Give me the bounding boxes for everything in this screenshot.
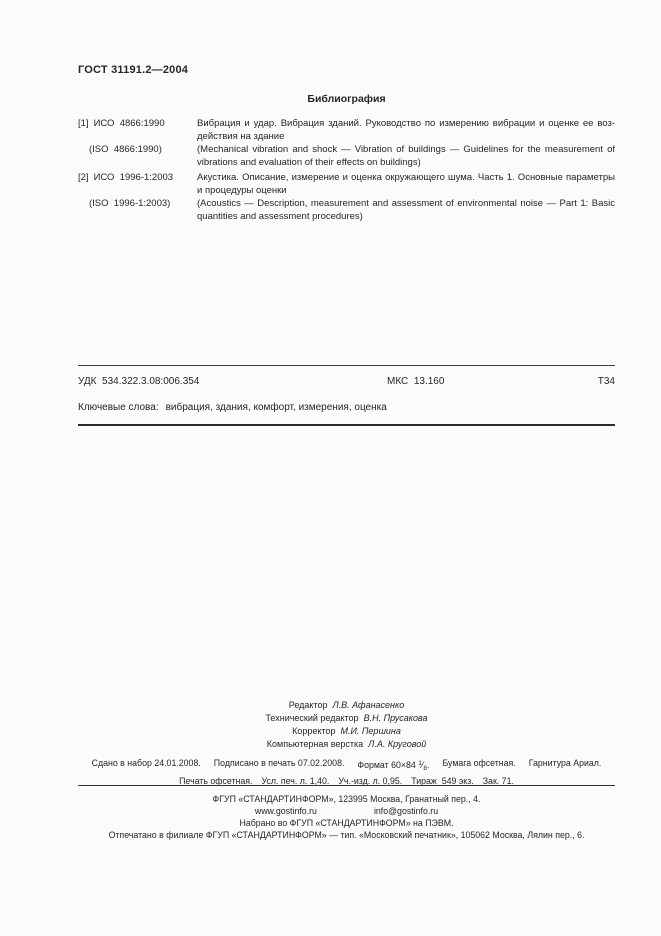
keywords-list: вибрация, здания, комфорт, измерения, оц…: [166, 402, 387, 413]
mks-code: МКС 13.160: [387, 376, 444, 387]
bib-description-ru: Акустика. Описание, измерение и оценка о…: [197, 171, 615, 197]
bibliography-list: [1]ИСО 4866:1990 Вибрация и удар. Вибрац…: [78, 117, 615, 225]
publisher-address: ФГУП «СТАНДАРТИНФОРМ», 123995 Москва, Гр…: [78, 793, 615, 805]
bib-ref-code-ru: ИСО 4866:1990: [94, 118, 165, 129]
editor-role: Компьютерная верстка: [267, 739, 363, 749]
imprint-format: Формат 60×84 1⁄8.: [357, 757, 429, 775]
imprint-typeface: Гарнитура Ариал.: [529, 757, 602, 775]
publisher-typeset-note: Набрано во ФГУП «СТАНДАРТИНФОРМ» на ПЭВМ…: [78, 817, 615, 829]
editors-block: РедакторЛ.В. Афанасенко Технический реда…: [78, 699, 615, 751]
bib-ref-code-en: (ISO 4866:1990): [78, 143, 197, 169]
bibliography-entry: [1]ИСО 4866:1990 Вибрация и удар. Вибрац…: [78, 117, 615, 169]
classification-section: УДК 534.322.3.08:006.354 МКС 13.160 Т34 …: [78, 365, 615, 426]
bib-description-en: (Acoustics — Description, measurement an…: [197, 197, 615, 223]
editor-name: Л.А. Круговой: [368, 739, 426, 749]
imprint-circulation: Тираж 549 экз.: [411, 775, 474, 788]
udk-code: УДК 534.322.3.08:006.354: [78, 376, 199, 387]
document-page: ГОСТ 31191.2—2004 Библиография [1]ИСО 48…: [0, 0, 661, 936]
keywords-line: Ключевые слова:вибрация, здания, комфорт…: [78, 402, 615, 413]
imprint-line-2: Печать офсетная. Усл. печ. л. 1,40. Уч.-…: [78, 775, 615, 788]
bib-ref-code-en: (ISO 1996-1:2003): [78, 197, 197, 223]
publisher-printer-note: Отпечатано в филиале ФГУП «СТАНДАРТИНФОР…: [78, 829, 615, 841]
doc-code: ГОСТ 31191.2—2004: [78, 64, 188, 76]
imprint-pub-sheets: Уч.-изд. л. 0,95.: [338, 775, 402, 788]
bib-ref-code-ru: ИСО 1996-1:2003: [94, 172, 174, 183]
editor-line: РедакторЛ.В. Афанасенко: [78, 699, 615, 712]
keywords-label: Ключевые слова:: [78, 402, 159, 413]
bibliography-entry: [2]ИСО 1996-1:2003 Акустика. Описание, и…: [78, 171, 615, 223]
horizontal-rule-thick: [78, 424, 615, 426]
bib-description-ru: Вибрация и удар. Вибрация зданий. Руково…: [197, 117, 615, 143]
bib-ref-ru: [2]ИСО 1996-1:2003: [78, 171, 197, 197]
bib-ref-ru: [1]ИСО 4866:1990: [78, 117, 197, 143]
okstu-code: Т34: [598, 376, 615, 387]
classification-row: УДК 534.322.3.08:006.354 МКС 13.160 Т34: [78, 376, 615, 389]
section-title: Библиография: [78, 93, 615, 105]
bib-ref-number: [1]: [78, 118, 89, 129]
editor-line: КорректорМ.И. Першина: [78, 725, 615, 738]
imprint-block: Сдано в набор 24.01.2008. Подписано в пе…: [78, 757, 615, 788]
editor-line: Технический редакторВ.Н. Прусакова: [78, 712, 615, 725]
publisher-block: ФГУП «СТАНДАРТИНФОРМ», 123995 Москва, Гр…: [78, 793, 615, 841]
horizontal-rule-bottom: [78, 785, 615, 786]
imprint-press-sheets: Усл. печ. л. 1,40.: [261, 775, 329, 788]
editor-role: Редактор: [289, 700, 328, 710]
horizontal-rule-top: [78, 365, 615, 366]
publisher-contacts: www.gostinfo.ru info@gostinfo.ru: [78, 805, 615, 817]
imprint-line-1: Сдано в набор 24.01.2008. Подписано в пе…: [78, 757, 615, 775]
editor-name: М.И. Першина: [340, 726, 400, 736]
imprint-paper: Бумага офсетная.: [442, 757, 515, 775]
editor-name: В.Н. Прусакова: [364, 713, 428, 723]
bib-ref-number: [2]: [78, 172, 89, 183]
editor-name: Л.В. Афанасенко: [332, 700, 404, 710]
format-fraction: 1⁄8: [418, 760, 427, 770]
editor-role: Технический редактор: [265, 713, 358, 723]
editor-line: Компьютерная версткаЛ.А. Круговой: [78, 738, 615, 751]
imprint-order-number: Зак. 71.: [483, 775, 514, 788]
imprint-typeset-date: Сдано в набор 24.01.2008.: [92, 757, 201, 775]
imprint-print-date: Подписано в печать 07.02.2008.: [214, 757, 345, 775]
imprint-print-method: Печать офсетная.: [179, 775, 252, 788]
editor-role: Корректор: [292, 726, 335, 736]
bib-description-en: (Mechanical vibration and shock — Vibrat…: [197, 143, 615, 169]
publisher-email: info@gostinfo.ru: [374, 805, 438, 817]
publisher-website: www.gostinfo.ru: [255, 805, 317, 817]
